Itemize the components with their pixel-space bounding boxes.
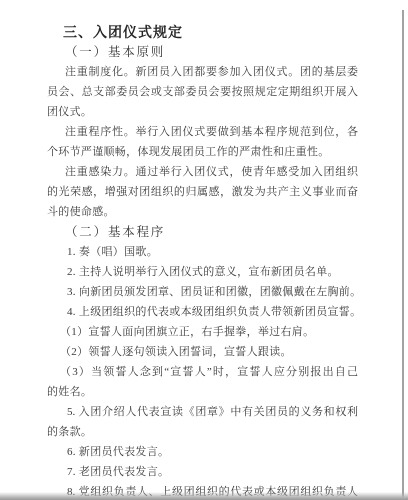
document-line: 4. 上级团组织的代表或本级团组织负责人带领新团员宣誓。 (67, 302, 358, 322)
document-line: （3）当领誓人念到“宣誓人”时，宣誓人应分别报出自己 (60, 362, 358, 382)
document-line: 6. 新团员代表发言。 (67, 442, 358, 462)
document-line: 的条款。 (47, 422, 358, 442)
document-line: 个环节严谨顺畅，体现发展团员工作的严肃性和庄重性。 (47, 142, 358, 162)
document-line: 3. 向新团员颁发团章、团员证和团徽，团徽佩戴在左胸前。 (67, 282, 358, 302)
document-line: （2）领誓人逐句领读入团誓词，宣誓人跟读。 (60, 342, 358, 362)
document-title: 三、入团仪式规定 (63, 22, 358, 42)
document-page: 三、入团仪式规定（一）基本原则注重制度化。新团员入团都要参加入团仪式。团的基层委… (0, 0, 408, 500)
document-line: 的光荣感，增强对团组织的归属感，激发为共产主义事业而奋 (47, 182, 358, 202)
document-line: （1）宣誓人面向团旗立正，右手握拳，举过右肩。 (60, 322, 358, 342)
section-subheading: （二）基本程序 (65, 222, 358, 242)
document-line: 员会、总支部委员会或支部委员会要按照规定定期组织开展入 (47, 82, 358, 102)
document-line: 的姓名。 (47, 382, 358, 402)
document-line: 注重程序性。举行入团仪式要做到基本程序规范到位，各 (65, 122, 358, 142)
document-line: 7. 老团员代表发言。 (67, 462, 358, 482)
section-subheading: （一）基本原则 (65, 42, 358, 62)
document-lines: 三、入团仪式规定（一）基本原则注重制度化。新团员入团都要参加入团仪式。团的基层委… (47, 22, 358, 500)
document-line: 1. 奏（唱）国歌。 (67, 242, 358, 262)
page-bottom-cutoff (0, 492, 408, 500)
document-line: 注重制度化。新团员入团都要参加入团仪式。团的基层委 (65, 62, 358, 82)
document-line: 2. 主持人说明举行入团仪式的意义，宣布新团员名单。 (67, 262, 358, 282)
page-right-edge (402, 10, 404, 500)
document-line: 5. 入团介绍人代表宣读《团章》中有关团员的义务和权利 (67, 402, 358, 422)
document-line: 团仪式。 (47, 102, 358, 122)
document-line: 注重感染力。通过举行入团仪式，使青年感受加入团组织 (65, 162, 358, 182)
document-line: 斗的使命感。 (47, 202, 358, 222)
